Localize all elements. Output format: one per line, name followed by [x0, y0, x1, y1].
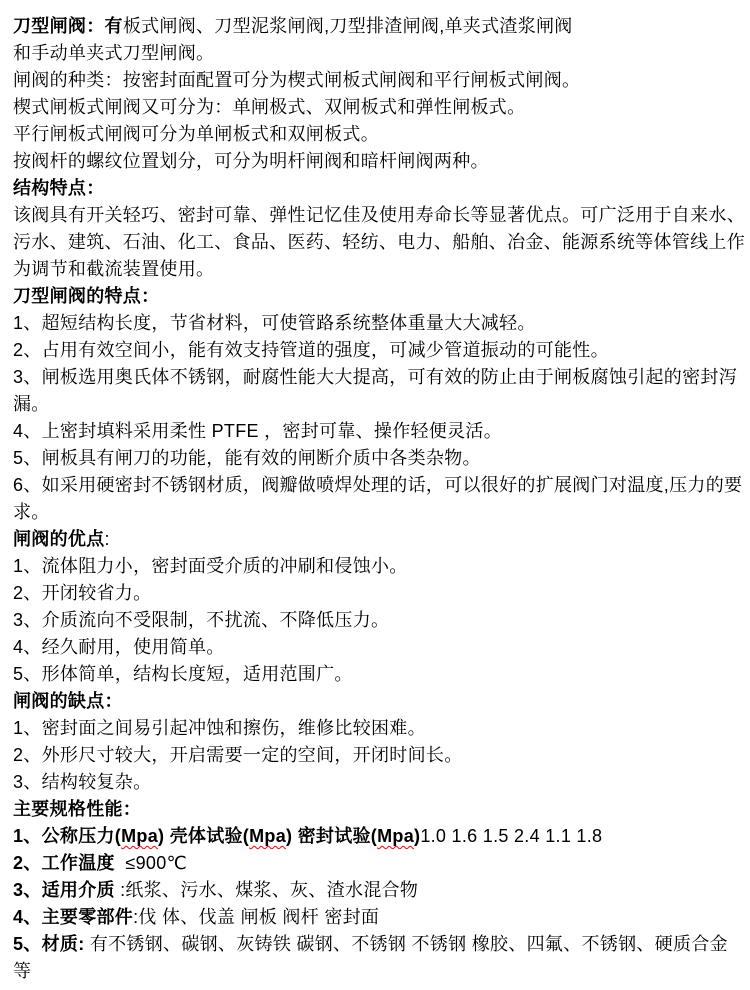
spellcheck-squiggle-text: Mpa — [377, 826, 414, 846]
advantage-5: 5、形体简单，结构长度短，适用范围广。 — [13, 661, 744, 688]
spellcheck-squiggle-text: Mpa — [249, 826, 286, 846]
spec-5-materials-cont: 等 — [13, 958, 744, 985]
disadvantage-2: 2、外形尺寸较大，开启需要一定的空间，开闭时间长。 — [13, 742, 744, 769]
text: 有不锈钢、碳钢、灰铸铁 碳钢、不锈钢 不锈钢 橡胶、四氟、不锈钢、硬质合金 — [85, 934, 728, 954]
structure-features-text-3: 为调节和截流装置使用。 — [13, 256, 744, 283]
heading-advantages: 闸阀的优点: — [13, 526, 744, 553]
text: 求。 — [13, 502, 50, 522]
text: 2、开闭较省力。 — [13, 583, 151, 603]
heading-disadvantages: 闸阀的缺点： — [13, 688, 744, 715]
text: 1、流体阻力小，密封面受介质的冲刷和侵蚀小。 — [13, 556, 408, 576]
bold-text: 1、公称压力( — [13, 826, 121, 846]
disadvantage-3: 3、结构较复杂。 — [13, 769, 744, 796]
parallel-types-line: 平行闸板式闸阀可分为单闸板式和双闸板式。 — [13, 121, 744, 148]
heading-specifications: 主要规格性能： — [13, 796, 744, 823]
knife-feature-1: 1、超短结构长度，节省材料，可使管路系统整体重量大大减轻。 — [13, 310, 744, 337]
bold-text: 闸阀的优点 — [13, 529, 105, 549]
text: 按阀杆的螺纹位置划分，可分为明杆闸阀和暗杆闸阀两种。 — [13, 151, 489, 171]
text: 1、密封面之间易引起冲蚀和擦伤，维修比较困难。 — [13, 718, 426, 738]
knife-feature-3-cont: 漏。 — [13, 391, 744, 418]
bold-text: 主要规格性能： — [13, 799, 141, 819]
bold-text: 3、适用介质 — [13, 880, 115, 900]
advantage-1: 1、流体阻力小，密封面受介质的冲刷和侵蚀小。 — [13, 553, 744, 580]
text: 5、形体简单，结构长度短，适用范围广。 — [13, 664, 353, 684]
text: 5、闸板具有闸刀的功能，能有效的闸断介质中各类杂物。 — [13, 448, 481, 468]
text: 6、如采用硬密封不锈钢材质，阀瓣做喷焊处理的话，可以很好的扩展阀门对温度,压力的… — [13, 475, 742, 495]
text: 等 — [13, 961, 31, 981]
bold-text: 2、工作温度 — [13, 853, 115, 873]
bold-text: 闸阀的缺点： — [13, 691, 123, 711]
knife-feature-2: 2、占用有效空间小，能有效支持管道的强度，可减少管道振动的可能性。 — [13, 337, 744, 364]
advantage-3: 3、介质流向不受限制，不扰流、不降低压力。 — [13, 607, 744, 634]
text: :伐 体、伐盖 闸板 阀杆 密封面 — [133, 907, 379, 927]
text: 1、超短结构长度，节省材料，可使管路系统整体重量大大减轻。 — [13, 313, 536, 333]
knife-feature-5: 5、闸板具有闸刀的功能，能有效的闸断介质中各类杂物。 — [13, 445, 744, 472]
wedge-types-line: 楔式闸板式闸阀又可分为：单闸极式、双闸板式和弹性闸板式。 — [13, 94, 744, 121]
bold-text: 5、材质: — [13, 934, 85, 954]
text: 该阀具有开关轻巧、密封可靠、弹性记忆佳及使用寿命长等显著优点。可广泛用于自来水、 — [13, 205, 744, 225]
spec-2-temperature: 2、工作温度 ≤900℃ — [13, 850, 744, 877]
spellcheck-squiggle-text: Mpa — [121, 826, 158, 846]
bold-text: 刀型闸阀的特点： — [13, 286, 159, 306]
structure-features-text-1: 该阀具有开关轻巧、密封可靠、弹性记忆佳及使用寿命长等显著优点。可广泛用于自来水、 — [13, 202, 744, 229]
text: 和手动单夹式刀型闸阀。 — [13, 43, 214, 63]
text: 2、占用有效空间小，能有效支持管道的强度，可减少管道振动的可能性。 — [13, 340, 609, 360]
spec-5-materials: 5、材质: 有不锈钢、碳钢、灰铸铁 碳钢、不锈钢 不锈钢 橡胶、四氟、不锈钢、硬… — [13, 931, 744, 958]
text: :纸浆、污水、煤浆、灰、渣水混合物 — [115, 880, 418, 900]
knife-feature-6-cont: 求。 — [13, 499, 744, 526]
bold-text: 结构特点： — [13, 178, 105, 198]
advantage-2: 2、开闭较省力。 — [13, 580, 744, 607]
document: 刀型闸阀：有板式闸阀、刀型泥浆闸阀,刀型排渣闸阀,单夹式渣浆闸阀和手动单夹式刀型… — [0, 0, 750, 985]
text: 3、介质流向不受限制，不扰流、不降低压力。 — [13, 610, 389, 630]
text: ≤900℃ — [115, 853, 187, 873]
text: 1.0 1.6 1.5 2.4 1.1 1.8 — [420, 826, 602, 846]
heading-knife-valve-features: 刀型闸阀的特点： — [13, 283, 744, 310]
bold-text: ) 壳体试验( — [158, 826, 249, 846]
text: 平行闸板式闸阀可分为单闸板式和双闸板式。 — [13, 124, 379, 144]
text: 楔式闸板式闸阀又可分为：单闸极式、双闸板式和弹性闸板式。 — [13, 97, 525, 117]
text: : — [105, 529, 110, 549]
text: 为调节和截流装置使用。 — [13, 259, 214, 279]
text: 漏。 — [13, 394, 50, 414]
bold-text: 4、主要零部件 — [13, 907, 133, 927]
bold-text: ) 密封试验( — [286, 826, 377, 846]
spec-1-pressure: 1、公称压力(Mpa) 壳体试验(Mpa) 密封试验(Mpa)1.0 1.6 1… — [13, 823, 744, 850]
text: 4、经久耐用，使用简单。 — [13, 637, 225, 657]
spec-3-media: 3、适用介质 :纸浆、污水、煤浆、灰、渣水混合物 — [13, 877, 744, 904]
text: 污水、建筑、石油、化工、食品、医药、轻纺、电力、船舶、冶金、能源系统等体管线上作 — [13, 232, 744, 252]
structure-features-text-2: 污水、建筑、石油、化工、食品、医药、轻纺、电力、船舶、冶金、能源系统等体管线上作 — [13, 229, 744, 256]
text: 板式闸阀、刀型泥浆闸阀,刀型排渣闸阀,单夹式渣浆闸阀 — [123, 16, 573, 36]
intro-line-1: 刀型闸阀：有板式闸阀、刀型泥浆闸阀,刀型排渣闸阀,单夹式渣浆闸阀 — [13, 13, 744, 40]
bold-text: 刀型闸阀：有 — [13, 16, 123, 36]
text: 闸阀的种类：按密封面配置可分为楔式闸板式闸阀和平行闸板式闸阀。 — [13, 70, 580, 90]
valve-types-line: 闸阀的种类：按密封面配置可分为楔式闸板式闸阀和平行闸板式闸阀。 — [13, 67, 744, 94]
knife-feature-4: 4、上密封填料采用柔性 PTFE ，密封可靠、操作轻便灵活。 — [13, 418, 744, 445]
knife-feature-6: 6、如采用硬密封不锈钢材质，阀瓣做喷焊处理的话，可以很好的扩展阀门对温度,压力的… — [13, 472, 744, 499]
knife-feature-3: 3、闸板选用奥氏体不锈钢，耐腐性能大大提高，可有效的防止由于闸板腐蚀引起的密封泻 — [13, 364, 744, 391]
intro-line-2: 和手动单夹式刀型闸阀。 — [13, 40, 744, 67]
spec-4-parts: 4、主要零部件:伐 体、伐盖 闸板 阀杆 密封面 — [13, 904, 744, 931]
text: 3、闸板选用奥氏体不锈钢，耐腐性能大大提高，可有效的防止由于闸板腐蚀引起的密封泻 — [13, 367, 737, 387]
advantage-4: 4、经久耐用，使用简单。 — [13, 634, 744, 661]
disadvantage-1: 1、密封面之间易引起冲蚀和擦伤，维修比较困难。 — [13, 715, 744, 742]
stem-types-line: 按阀杆的螺纹位置划分，可分为明杆闸阀和暗杆闸阀两种。 — [13, 148, 744, 175]
text: 2、外形尺寸较大，开启需要一定的空间，开闭时间长。 — [13, 745, 463, 765]
text: 3、结构较复杂。 — [13, 772, 151, 792]
heading-structure-features: 结构特点： — [13, 175, 744, 202]
text: 4、上密封填料采用柔性 PTFE ，密封可靠、操作轻便灵活。 — [13, 421, 502, 441]
